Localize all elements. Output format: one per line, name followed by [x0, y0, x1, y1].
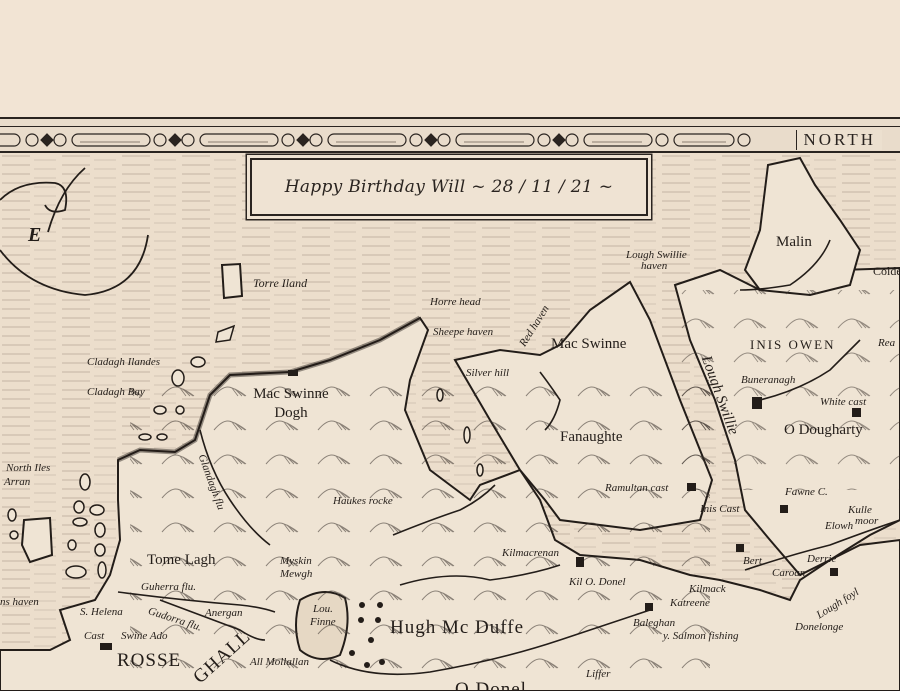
place-cladagh-ilandes: Cladagh Ilandes — [87, 357, 160, 368]
compass-east-letter: E — [28, 225, 41, 245]
place-silver-hill: Silver hill — [466, 368, 509, 379]
place-horre-head: Horre head — [430, 297, 481, 308]
place-all-mollallan: All Mollallan — [250, 657, 309, 668]
place-derrie: Derrie — [807, 554, 836, 565]
region-tome-lagh: Tome Lagh — [147, 553, 216, 568]
place-kilmack: Kilmack — [689, 584, 726, 595]
region-malin: Malin — [776, 235, 812, 250]
place-rea-partial: Rea — [878, 338, 895, 349]
region-hugh-mc-duffe: Hugh Mc Duffe — [390, 618, 524, 637]
place-fawne-c: Fawne C. — [785, 487, 828, 498]
arran-island — [22, 518, 52, 562]
map-border: NORTH — [0, 117, 900, 153]
place-liffer: Liffer — [586, 669, 610, 680]
place-white-cast: White cast — [820, 397, 866, 408]
place-ramultan-cast: Ramultan cast — [605, 483, 668, 494]
place-s-helena: S. Helena — [80, 607, 123, 618]
place-moor-line2: moor — [855, 516, 878, 527]
place-cast: Cast — [84, 631, 104, 642]
place-donelonge: Donelonge — [795, 622, 843, 633]
place-lough-swillie-haven-line2: haven — [641, 261, 667, 272]
place-lou-finne-line1: Lou. — [313, 604, 333, 615]
title-cartouche: Happy Birthday Will ~ 28 / 11 / 21 ~ — [250, 158, 648, 216]
map-artwork — [0, 153, 900, 691]
place-kilmacrenan: Kilmacrenan — [502, 548, 559, 559]
place-inis-cast: Inis Cast — [700, 504, 739, 515]
region-o-donel: O Donel — [455, 680, 527, 691]
place-north-iles: North Iles — [6, 463, 50, 474]
place-myskin-line1: Myskin — [280, 556, 312, 567]
border-ornament — [0, 131, 900, 149]
map-frame: NORTH — [0, 117, 900, 691]
place-kil-o-donel: Kil O. Donel — [569, 577, 626, 588]
place-sheepe-haven: Sheepe haven — [433, 327, 493, 338]
region-mac-swinne-dogh: Mac Swinne Dogh — [245, 385, 337, 423]
place-salmon-fishing: y. Salmon fishing — [663, 631, 738, 642]
place-caroan: Caroan — [772, 568, 805, 579]
region-rosse: ROSSE — [117, 651, 181, 670]
place-torre-iland: Torre Iland — [253, 277, 307, 289]
place-elowh: Elowh — [825, 521, 853, 532]
place-colde-partial: Colde — [873, 265, 900, 277]
place-buneranagh: Buneranagh — [741, 375, 795, 386]
place-baleghan: Baleghan — [633, 618, 675, 629]
place-bert: Bert — [743, 556, 762, 567]
paper-margin — [0, 0, 900, 117]
place-arran: Arran — [4, 477, 30, 488]
place-mewgh-line2: Mewgh — [280, 569, 312, 580]
place-guherra-flu: Guherra flu. — [141, 582, 196, 593]
place-swine-ado: Swine Ado — [121, 631, 168, 642]
region-fanaughte: Fanaughte — [560, 430, 622, 445]
place-cladagh-bay: Cladagh Bay — [87, 387, 145, 398]
place-katreene: Katreene — [670, 598, 710, 609]
border-line — [0, 126, 900, 127]
place-haven-partial: ns haven — [0, 597, 39, 608]
place-anergan: Anergan — [205, 608, 242, 619]
place-haukes-rocke: Haukes rocke — [333, 496, 393, 507]
place-lou-finne-line2: Finne — [310, 617, 336, 628]
north-label: NORTH — [796, 130, 882, 150]
torre-island — [222, 264, 242, 298]
region-inis-owen: INIS OWEN — [750, 338, 836, 351]
region-o-dougharty: O Dougharty — [784, 423, 863, 438]
region-mac-swinne: Mac Swinne — [551, 337, 626, 352]
title-text: Happy Birthday Will ~ 28 / 11 / 21 ~ — [285, 177, 614, 197]
